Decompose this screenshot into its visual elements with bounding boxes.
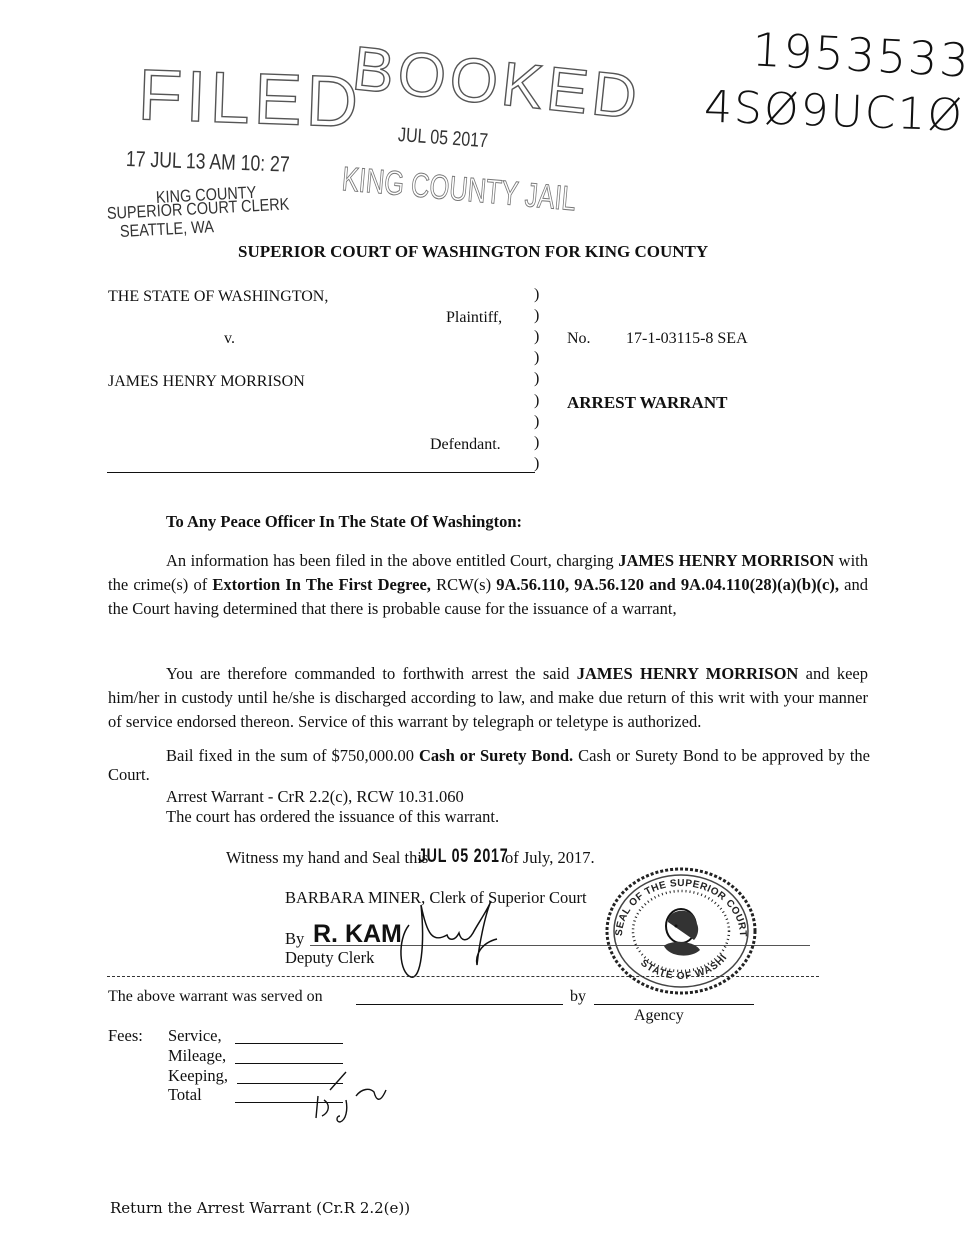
fee-keeping-label: Keeping, (168, 1066, 228, 1086)
by-label: By (285, 929, 304, 949)
booked-stamp-title: BOOKED (349, 33, 644, 134)
fee-mileage-field[interactable] (235, 1063, 343, 1064)
document-title: ARREST WARRANT (567, 393, 727, 413)
witness-prefix: Witness my hand and Seal this (226, 848, 428, 868)
deputy-title: Deputy Clerk (285, 948, 374, 968)
case-no-label: No. (567, 329, 591, 349)
witness-suffix: of July, 2017. (505, 848, 595, 868)
defendant-label: Defendant. (430, 435, 501, 455)
total-handwriting-icon (310, 1070, 410, 1130)
booked-stamp-place: KING COUNTY JAIL (340, 160, 577, 219)
filed-stamp-datetime: 17 JUL 13 AM 10: 27 (126, 146, 291, 178)
salutation: To Any Peace Officer In The State Of Was… (166, 512, 522, 532)
defendant-name: JAMES HENRY MORRISON (108, 372, 305, 392)
fees-label: Fees: (108, 1026, 143, 1046)
filed-stamp-title: FILED (137, 54, 364, 144)
plaintiff-name: THE STATE OF WASHINGTON, (108, 287, 328, 307)
plaintiff-label: Plaintiff, (446, 308, 502, 328)
served-date-field[interactable] (356, 1004, 563, 1005)
served-by-label: by (570, 987, 586, 1007)
filed-stamp-line3: SEATTLE, WA (119, 217, 214, 242)
versus: v. (224, 329, 235, 349)
handwritten-number-2: 4SØ9UC1Ø (703, 81, 965, 141)
witness-date-stamp: JUL 05 2017 (418, 846, 508, 868)
fee-total-label: Total (168, 1085, 202, 1105)
return-instructions-footer: Return the Arrest Warrant (Cr.R 2.2(e)) (110, 1198, 410, 1218)
charging-paragraph: An information has been filed in the abo… (108, 549, 868, 621)
command-paragraph: You are therefore commanded to forthwith… (108, 662, 868, 734)
caption-underline (107, 472, 535, 473)
served-agency-field[interactable] (594, 1004, 754, 1005)
booked-stamp-date: JUL 05 2017 (397, 124, 489, 153)
court-heading: SUPERIOR COURT OF WASHINGTON FOR KING CO… (238, 242, 708, 262)
bail-paragraph: Bail fixed in the sum of $750,000.00 Cas… (108, 746, 870, 784)
order-line: The court has ordered the issuance of th… (166, 807, 499, 827)
authority-line: Arrest Warrant - CrR 2.2(c), RCW 10.31.0… (166, 787, 464, 807)
signature-scribble-icon (395, 895, 505, 980)
agency-label: Agency (634, 1006, 684, 1026)
case-number: 17-1-03115-8 SEA (626, 329, 748, 349)
fee-service-field[interactable] (235, 1043, 343, 1044)
fee-service-label: Service, (168, 1026, 222, 1046)
served-prefix: The above warrant was served on (108, 987, 323, 1007)
section-divider (107, 976, 819, 977)
fee-mileage-label: Mileage, (168, 1046, 226, 1066)
handwritten-number-1: 1953533 (751, 22, 971, 87)
